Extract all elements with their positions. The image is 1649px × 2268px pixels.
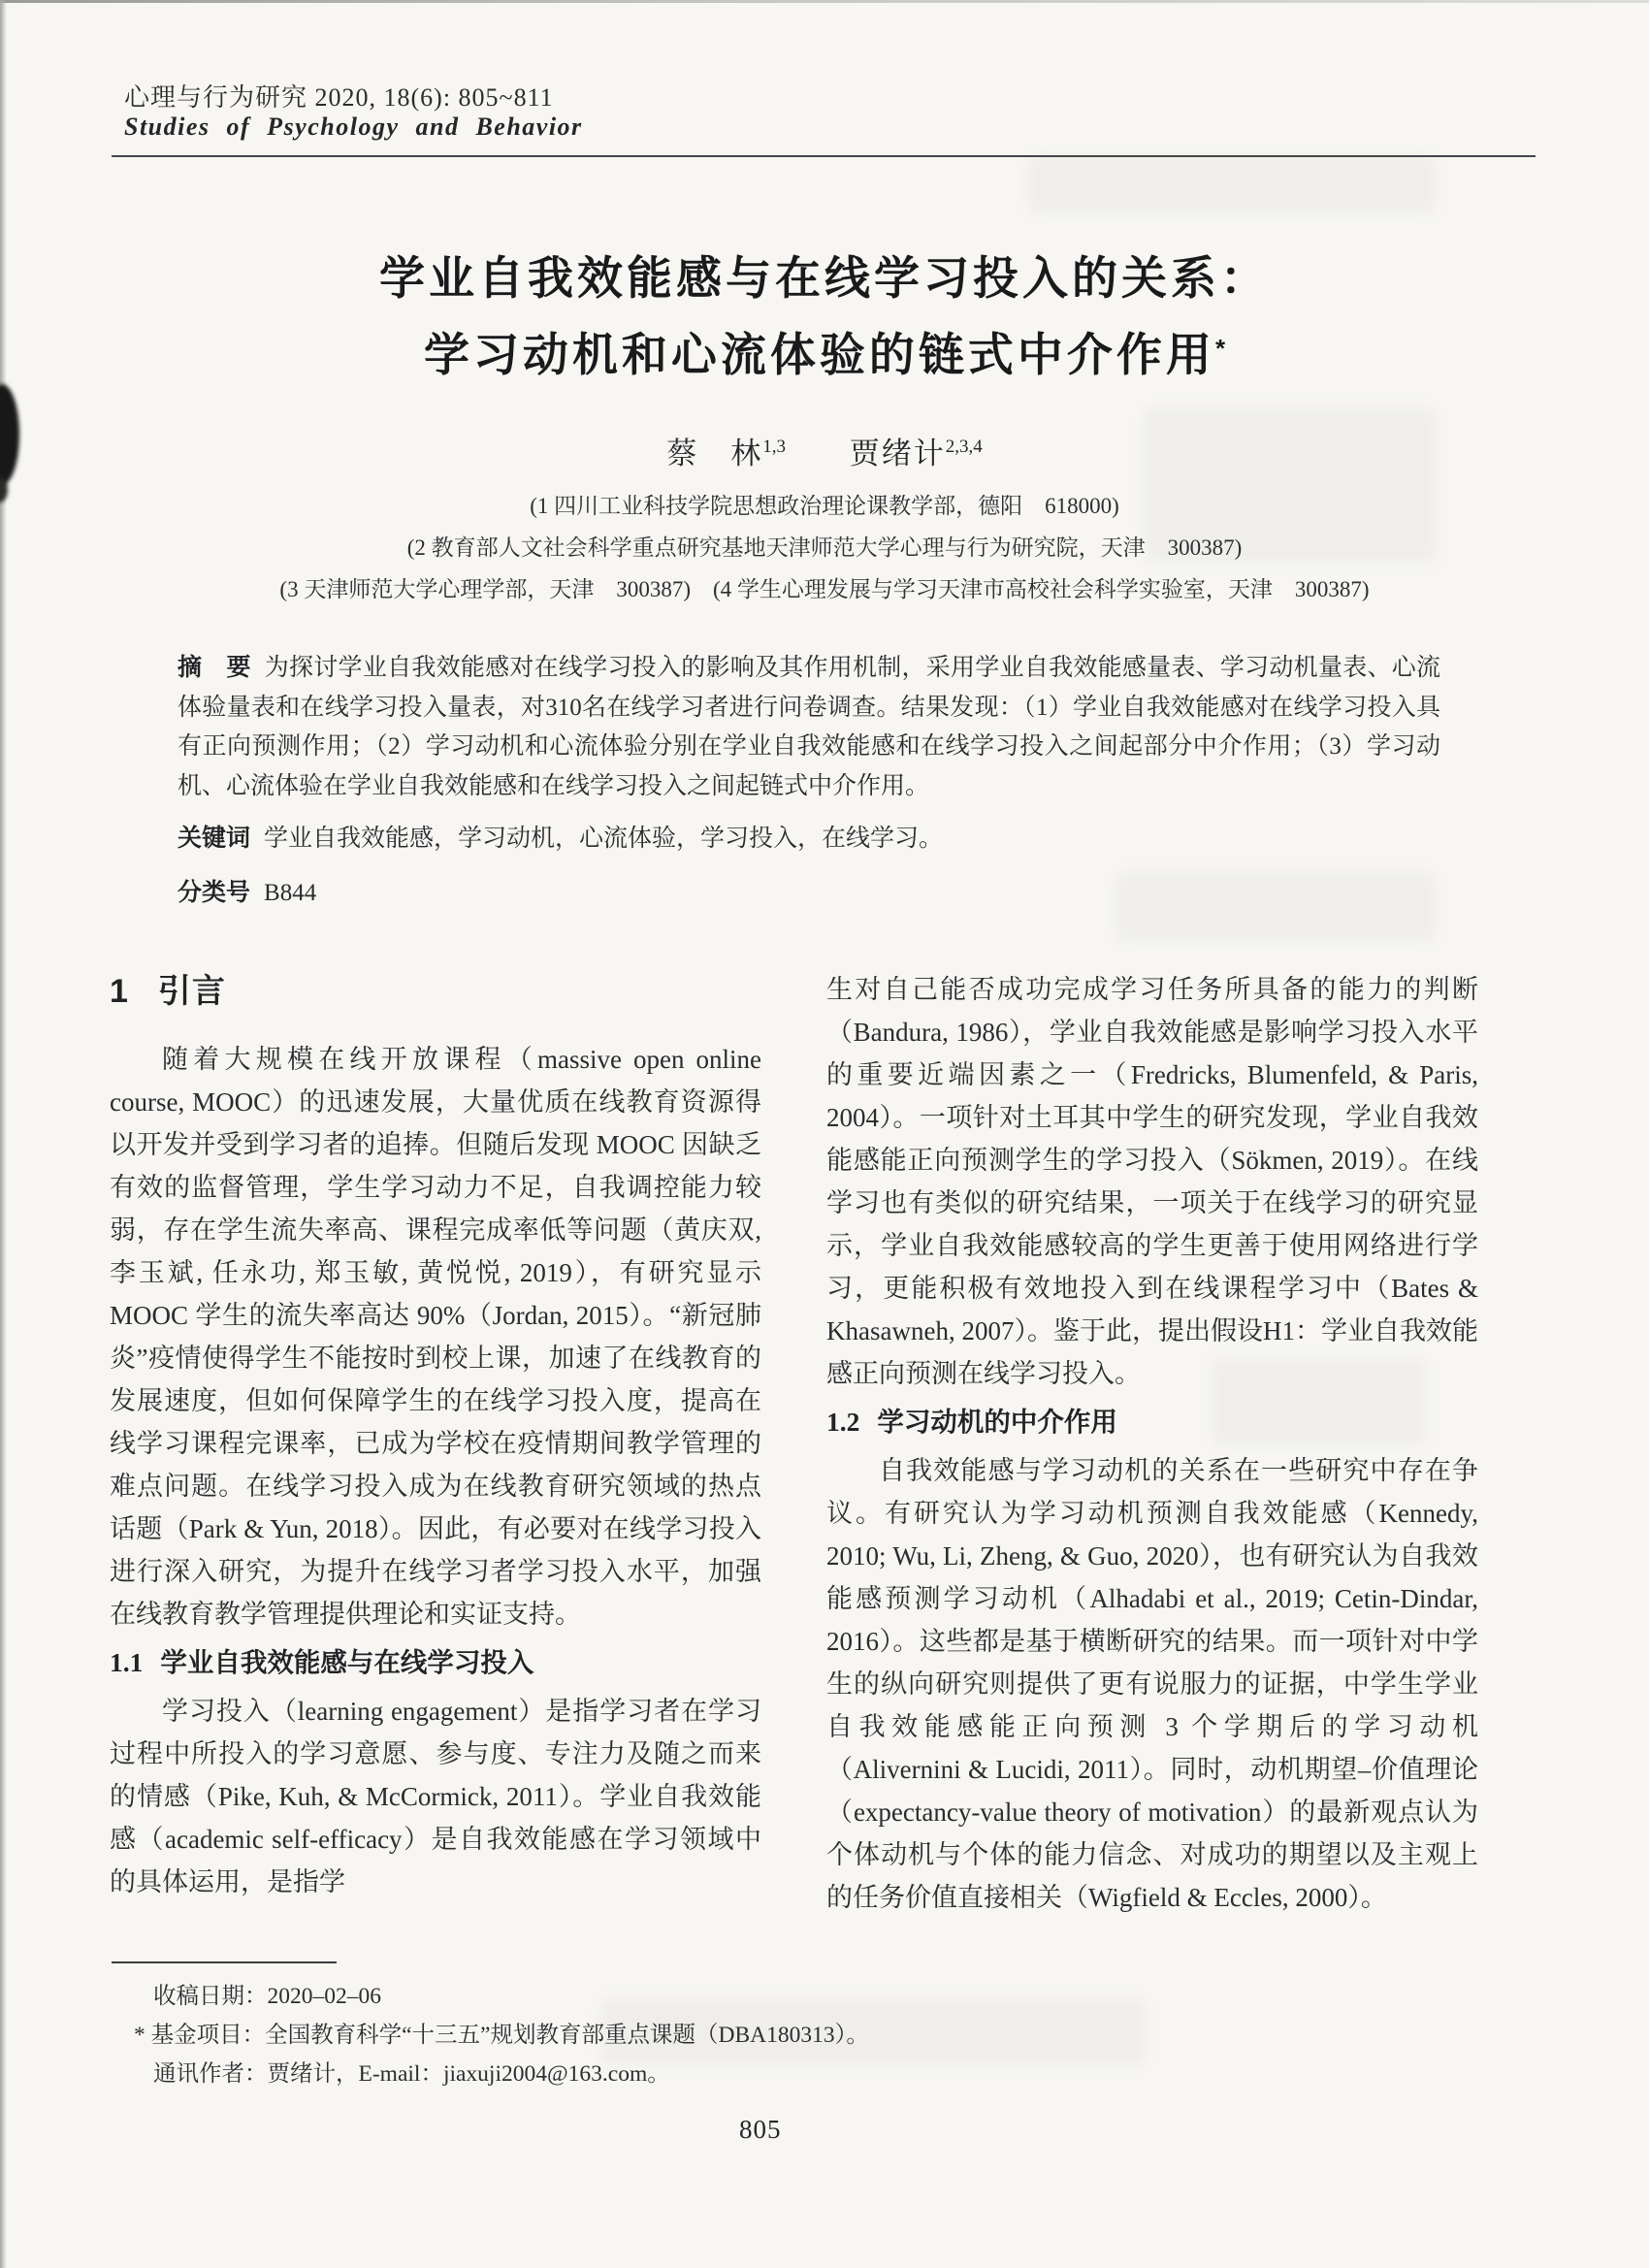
footnote-block: 收稿日期：2020–02–06 * 基金项目：全国教育科学“十三五”规划教育部重…: [134, 1977, 869, 2093]
affiliation-line: (3 天津师范大学心理学部，天津 300387) (4 学生心理发展与学习天津市…: [0, 568, 1649, 610]
author-line: 蔡 林1,3 贾绪计2,3,4: [0, 429, 1649, 472]
article-title-line1: 学业自我效能感与在线学习投入的关系：: [0, 243, 1649, 313]
title-footnote-asterisk: *: [1215, 334, 1225, 363]
header-divider: [112, 155, 1536, 157]
section-heading-1-1: 1.1学业自我效能感与在线学习投入: [110, 1641, 761, 1684]
author: 贾绪计2,3,4: [850, 437, 983, 470]
body-paragraph: 学习投入（learning engagement）是指学习者在学习过程中所投入的…: [110, 1690, 761, 1903]
section-heading-introduction: 1引言: [110, 970, 761, 1013]
body-paragraph: 自我效能感与学习动机的关系在一些研究中存在争议。有研究认为学习动机预测自我效能感…: [826, 1449, 1478, 1919]
footnote-funding: * 基金项目：全国教育科学“十三五”规划教育部重点课题（DBA180313）。: [134, 2016, 869, 2055]
keywords-line: 关键词学业自我效能感，学习动机，心流体验，学习投入，在线学习。: [178, 819, 1440, 859]
abstract-paragraph: 摘 要为探讨学业自我效能感对在线学习投入的影响及其作用机制，采用学业自我效能感量…: [178, 648, 1440, 806]
journal-name-english: Studies of Psychology and Behavior: [124, 113, 583, 142]
author: 蔡 林1,3: [666, 437, 786, 470]
classification-label: 分类号: [178, 879, 250, 906]
affiliation-line: (2 教育部人文社会科学重点研究基地天津师范大学心理与行为研究院，天津 3003…: [0, 527, 1649, 568]
section-heading-1-2: 1.2学习动机的中介作用: [826, 1401, 1478, 1443]
body-column-right: 生对自己能否成功完成学习任务所具备的能力的判断（Bandura, 1986），学…: [826, 968, 1478, 1919]
scan-edge-top: [0, 0, 1649, 3]
abstract-block: 摘 要为探讨学业自我效能感对在线学习投入的影响及其作用机制，采用学业自我效能感量…: [178, 648, 1440, 913]
article-title: 学业自我效能感与在线学习投入的关系： 学习动机和心流体验的链式中介作用*: [0, 243, 1649, 390]
body-paragraph: 生对自己能否成功完成学习任务所具备的能力的判断（Bandura, 1986），学…: [826, 968, 1478, 1395]
article-title-line2: 学习动机和心流体验的链式中介作用*: [0, 313, 1649, 390]
abstract-label: 摘 要: [178, 654, 251, 681]
affiliations: (1 四川工业科技学院思想政治理论课教学部，德阳 618000) (2 教育部人…: [0, 485, 1649, 610]
page-number: 805: [739, 2115, 782, 2145]
bleed-artifact: [1028, 155, 1436, 213]
author-affil-superscript: 1,3: [762, 437, 786, 457]
scanned-paper-page: 心理与行为研究 2020, 18(6): 805~811 Studies of …: [0, 0, 1649, 2268]
footnote-divider: [112, 1961, 337, 1963]
journal-citation-line: 心理与行为研究 2020, 18(6): 805~811: [124, 78, 554, 113]
footnote-received-date: 收稿日期：2020–02–06: [153, 1977, 869, 2016]
classification-line: 分类号B844: [178, 873, 1440, 914]
affiliation-line: (1 四川工业科技学院思想政治理论课教学部，德阳 618000): [0, 485, 1649, 527]
keywords-label: 关键词: [178, 825, 250, 852]
author-affil-superscript: 2,3,4: [946, 437, 983, 457]
body-paragraph: 随着大规模在线开放课程（massive open online course, …: [110, 1038, 761, 1636]
footnote-corresponding-author: 通讯作者：贾绪计，E-mail：jiaxuji2004@163.com。: [153, 2055, 869, 2093]
body-column-left: 1引言 随着大规模在线开放课程（massive open online cour…: [110, 968, 761, 1903]
